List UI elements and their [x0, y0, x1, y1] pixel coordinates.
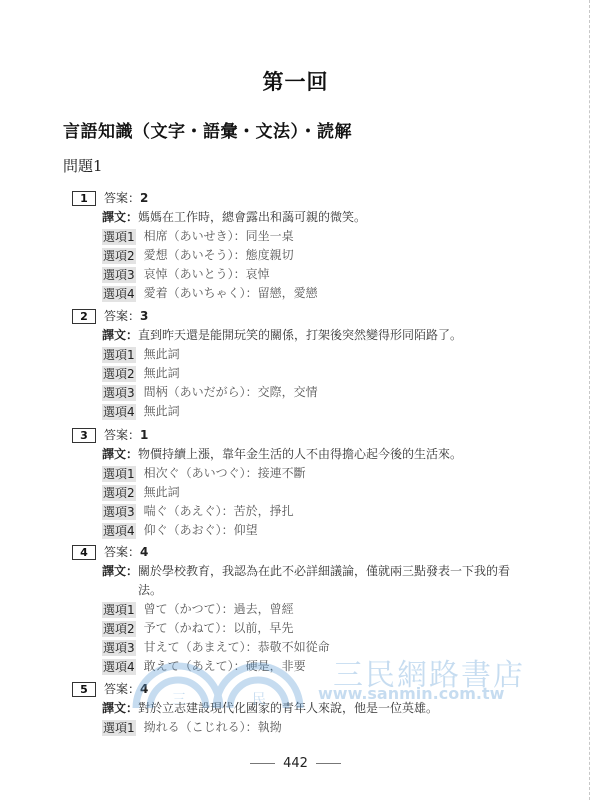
option-row: 選項2無此詞	[102, 364, 532, 383]
option-text: 拗れる（こじれる）：執拗	[144, 718, 282, 737]
option-row: 選項4無此詞	[102, 402, 532, 421]
translation-label: 譯文：	[102, 208, 138, 227]
option-tag: 選項2	[102, 485, 136, 501]
question-block-5: 5 答案：4 譯文：對於立志建設現代化國家的青年人來說，他是一位英雄。 選項1拗…	[72, 681, 532, 737]
option-tag: 選項4	[102, 523, 136, 539]
option-text: 愛想（あいそう）：態度親切	[144, 246, 294, 265]
option-text: 予て（かねて）：以前，早先	[144, 619, 294, 638]
option-tag: 選項4	[102, 286, 136, 302]
option-text: 仰ぐ（あおぐ）：仰望	[144, 521, 258, 540]
answer-value: 4	[140, 682, 148, 696]
translation-line: 譯文：物價持續上漲，靠年金生活的人不由得擔心起今後的生活來。	[102, 445, 532, 464]
answer-value: 3	[140, 309, 148, 323]
option-row: 選項3甘えて（あまえて）：恭敬不如從命	[102, 638, 532, 657]
translation-text: 直到昨天還是能開玩笑的關係，打架後突然變得形同陌路了。	[138, 326, 462, 345]
answer-line: 答案：2	[104, 190, 148, 207]
option-text: 哀悼（あいとう）：哀悼	[144, 265, 270, 284]
option-tag: 選項3	[102, 267, 136, 283]
option-tag: 選項1	[102, 720, 136, 736]
section-heading: 言語知識（文字・語彙・文法）・読解	[63, 117, 352, 142]
option-tag: 選項1	[102, 602, 136, 618]
translation-text: 對於立志建設現代化國家的青年人來說，他是一位英雄。	[138, 699, 438, 718]
question-number-box: 3	[72, 428, 96, 443]
option-tag: 選項4	[102, 659, 136, 675]
option-tag: 選項2	[102, 366, 136, 382]
page-number: 442	[283, 756, 308, 771]
problem-label: 問題1	[63, 155, 103, 176]
option-tag: 選項3	[102, 385, 136, 401]
answer-value: 4	[140, 545, 148, 559]
question-number-box: 1	[72, 191, 96, 206]
option-tag: 選項1	[102, 466, 136, 482]
option-tag: 選項3	[102, 504, 136, 520]
translation-line: 譯文：對於立志建設現代化國家的青年人來說，他是一位英雄。	[102, 699, 532, 718]
option-row: 選項3哀悼（あいとう）：哀悼	[102, 265, 532, 284]
translation-line: 譯文：直到昨天還是能開玩笑的關係，打架後突然變得形同陌路了。	[102, 326, 532, 345]
question-number-box: 4	[72, 545, 96, 560]
footer-dash-left	[250, 763, 275, 764]
option-tag: 選項1	[102, 229, 136, 245]
answer-value: 2	[140, 191, 148, 205]
option-text: 相次ぐ（あいつぐ）：接連不斷	[144, 464, 306, 483]
chapter-title: 第一回	[0, 66, 591, 96]
option-row: 選項2予て（かねて）：以前，早先	[102, 619, 532, 638]
option-row: 選項4敢えて（あえて）：硬是，非要	[102, 657, 532, 676]
answer-label: 答案：	[104, 309, 140, 323]
option-text: 無此詞	[144, 364, 180, 383]
option-tag: 選項2	[102, 248, 136, 264]
option-row: 選項2無此詞	[102, 483, 532, 502]
translation-text: 媽媽在工作時，總會露出和藹可親的微笑。	[138, 208, 366, 227]
translation-label: 譯文：	[102, 699, 138, 718]
translation-label: 譯文：	[102, 445, 138, 464]
answer-line: 答案：4	[104, 544, 148, 561]
page-footer: 442	[0, 756, 591, 771]
answer-line: 答案：1	[104, 427, 148, 444]
question-number-box: 5	[72, 682, 96, 697]
option-text: 喘ぐ（あえぐ）：苦於，掙扎	[144, 502, 294, 521]
option-text: 相席（あいせき）：同坐一桌	[144, 227, 294, 246]
option-text: 無此詞	[144, 402, 180, 421]
translation-line: 譯文：關於學校教育，我認為在此不必詳細議論，僅就兩三點發表一下我的看法。	[102, 562, 522, 600]
question-block-1: 1 答案：2 譯文：媽媽在工作時，總會露出和藹可親的微笑。 選項1相席（あいせき…	[72, 190, 532, 303]
answer-label: 答案：	[104, 545, 140, 559]
translation-line: 譯文：媽媽在工作時，總會露出和藹可親的微笑。	[102, 208, 532, 227]
translation-text: 關於學校教育，我認為在此不必詳細議論，僅就兩三點發表一下我的看法。	[138, 562, 522, 600]
option-tag: 選項3	[102, 640, 136, 656]
translation-label: 譯文：	[102, 562, 138, 600]
option-tag: 選項1	[102, 347, 136, 363]
option-row: 選項2愛想（あいそう）：態度親切	[102, 246, 532, 265]
option-row: 選項4仰ぐ（あおぐ）：仰望	[102, 521, 532, 540]
option-row: 選項1曾て（かつて）：過去，曾經	[102, 600, 532, 619]
option-row: 選項1相次ぐ（あいつぐ）：接連不斷	[102, 464, 532, 483]
answer-label: 答案：	[104, 191, 140, 205]
option-row: 選項4愛着（あいちゃく）：留戀，愛戀	[102, 284, 532, 303]
option-text: 愛着（あいちゃく）：留戀，愛戀	[144, 284, 318, 303]
answer-line: 答案：3	[104, 308, 148, 325]
option-text: 曾て（かつて）：過去，曾經	[144, 600, 294, 619]
option-text: 間柄（あいだがら）：交際，交情	[144, 383, 318, 402]
option-row: 選項3間柄（あいだがら）：交際，交情	[102, 383, 532, 402]
option-text: 無此詞	[144, 483, 180, 502]
question-block-3: 3 答案：1 譯文：物價持續上漲，靠年金生活的人不由得擔心起今後的生活來。 選項…	[72, 427, 532, 540]
option-row: 選項1無此詞	[102, 345, 532, 364]
answer-label: 答案：	[104, 428, 140, 442]
translation-label: 譯文：	[102, 326, 138, 345]
option-tag: 選項4	[102, 404, 136, 420]
option-row: 選項1拗れる（こじれる）：執拗	[102, 718, 532, 737]
translation-text: 物價持續上漲，靠年金生活的人不由得擔心起今後的生活來。	[138, 445, 462, 464]
option-tag: 選項2	[102, 621, 136, 637]
option-text: 甘えて（あまえて）：恭敬不如從命	[144, 638, 330, 657]
question-block-4: 4 答案：4 譯文：關於學校教育，我認為在此不必詳細議論，僅就兩三點發表一下我的…	[72, 544, 532, 676]
page-edge-dashed-line	[589, 0, 590, 800]
footer-dash-right	[316, 763, 341, 764]
question-number-box: 2	[72, 309, 96, 324]
option-text: 敢えて（あえて）：硬是，非要	[144, 657, 306, 676]
answer-label: 答案：	[104, 682, 140, 696]
option-row: 選項3喘ぐ（あえぐ）：苦於，掙扎	[102, 502, 532, 521]
option-text: 無此詞	[144, 345, 180, 364]
answer-value: 1	[140, 428, 148, 442]
question-block-2: 2 答案：3 譯文：直到昨天還是能開玩笑的關係，打架後突然變得形同陌路了。 選項…	[72, 308, 532, 421]
option-row: 選項1相席（あいせき）：同坐一桌	[102, 227, 532, 246]
answer-line: 答案：4	[104, 681, 148, 698]
